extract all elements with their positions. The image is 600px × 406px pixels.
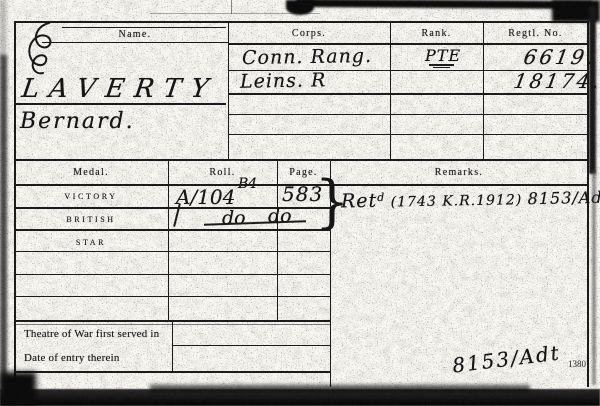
remarks-label: Remarks. <box>330 167 588 178</box>
roll-entry-extra: B4 <box>238 176 257 192</box>
grid-line <box>228 134 588 135</box>
corps-label: Corps. <box>228 28 390 39</box>
grid-line <box>330 184 588 186</box>
theatre-of-war-label: Theatre of War first served in <box>24 328 159 340</box>
grid-line <box>150 13 320 14</box>
remarks-entry: Retd (1743 K.R.1912) 8153/Adt <box>341 186 600 213</box>
rank-entry-underline <box>429 64 454 66</box>
grid-line <box>14 371 330 373</box>
regtl-no-label: Regtl. No. <box>483 28 588 39</box>
grid-line <box>168 159 169 320</box>
grid-line <box>228 21 229 159</box>
grid-line <box>231 0 232 14</box>
grid-line <box>62 27 226 28</box>
regtl-entry-1: 6619. <box>522 45 598 69</box>
date-of-entry-label: Date of entry therein <box>24 352 120 364</box>
corps-entry-1: Conn. Rang. <box>242 45 372 69</box>
scan-artifact-left-upper <box>0 0 6 60</box>
grid-line <box>14 21 588 23</box>
roll-entry-victory: A/104 <box>176 185 235 209</box>
scan-artifact-bottom-edge <box>150 385 530 392</box>
scan-artifact-bottom-band <box>0 389 600 406</box>
grid-line <box>228 114 588 115</box>
forename-entry: Bernard. <box>20 109 135 134</box>
grid-line <box>228 93 588 95</box>
grid-line <box>483 21 484 159</box>
medal-label: Medal. <box>14 167 168 178</box>
grid-line <box>172 345 330 346</box>
roll-entry-british: do <box>222 207 246 229</box>
scan-artifact-bottom-left-corner <box>0 372 36 406</box>
corps-entry-2: Leins. R <box>240 69 327 93</box>
medal-row-british-label: British <box>14 214 168 225</box>
grid-line <box>14 159 588 161</box>
remarks-entry-detail: (1743 K.R.1912) <box>391 192 523 210</box>
corner-flourish-mark <box>16 20 66 78</box>
scan-artifact-left-streak <box>0 55 7 390</box>
rank-label: Rank. <box>390 28 483 39</box>
surname-underline <box>16 103 226 105</box>
roll-label: Roll. <box>168 167 277 178</box>
regtl-entry-2: 18174. <box>512 69 600 93</box>
grid-line <box>390 21 391 159</box>
medal-row-star-label: Star <box>14 237 168 248</box>
name-label: Name. <box>42 29 228 40</box>
scan-artifact-top-right-corner <box>552 0 600 22</box>
grid-line <box>172 321 173 371</box>
footer-reference: 8153/Adt <box>451 340 562 377</box>
grid-line <box>14 296 330 297</box>
medal-row-victory-label: Victory <box>14 191 168 202</box>
remarks-entry-prefix: Ret <box>341 190 378 213</box>
grid-line <box>14 229 330 231</box>
grid-line <box>14 251 330 252</box>
remarks-entry-reference: 8153/Adt <box>528 188 600 208</box>
grid-line <box>277 159 278 320</box>
rank-entry: PTE <box>425 46 461 65</box>
page-entry-british: do <box>268 205 292 227</box>
grid-line <box>42 42 228 43</box>
medal-index-card-scan: Name. Corps. Rank. Regtl. No. LAVERTY Be… <box>0 0 600 406</box>
rank-entry-underline-2 <box>433 67 450 68</box>
surname-entry: LAVERTY <box>20 74 220 104</box>
print-code: 1380 <box>568 359 586 369</box>
scan-artifact-top-band <box>296 0 592 9</box>
grid-line <box>14 274 330 275</box>
remarks-entry-superscript: d <box>377 191 385 204</box>
